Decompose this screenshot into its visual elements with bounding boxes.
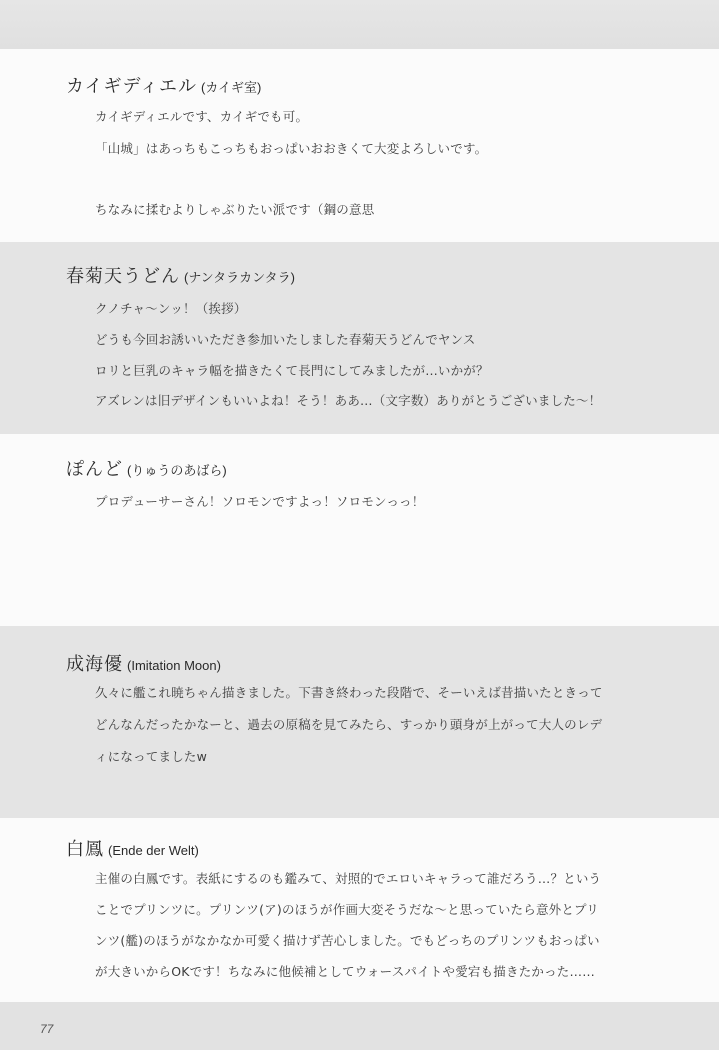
- author-name: 白鳳: [66, 839, 104, 860]
- section-heading: 成海優(Imitation Moon): [66, 650, 221, 676]
- circle-name: (Ende der Welt): [108, 843, 199, 858]
- comment-line: どんなんだったかなーと、過去の原稿を見てみたら、すっかり頭身が上がって大人のレデ: [95, 715, 602, 733]
- comment-line: ことでプリンツに。プリンツ(ア)のほうが作画大変そうだな〜と思っていたら意外とプ…: [95, 900, 599, 918]
- comment-line: 主催の白鳳です。表紙にするのも鑑みて、対照的でエロいキャラって誰だろう…？という: [95, 869, 601, 887]
- circle-name: (ナンタラカンタラ): [184, 270, 295, 285]
- comment-line: 久々に艦これ暁ちゃん描きました。下書き終わった段階で、そーいえば昔描いたときって: [95, 683, 603, 701]
- section-heading: 春菊天うどん(ナンタラカンタラ): [66, 262, 295, 288]
- comment-line: ンツ(艦)のほうがなかなか可愛く描けず苦心しました。でもどっちのプリンツもおっぱ…: [95, 931, 600, 949]
- comment-line: ロリと巨乳のキャラ幅を描きたくて長門にしてみましたが…いかが？: [95, 361, 489, 379]
- author-name: 成海優: [66, 654, 123, 675]
- page-number: 77: [40, 1022, 53, 1036]
- circle-name: (カイギ室): [201, 80, 261, 95]
- comment-line: プロデューサーさん！ソロモンですよっ！ソロモンっっ！: [95, 492, 424, 510]
- author-name: ぽんど: [66, 459, 123, 480]
- comment-line: ィになってましたw: [95, 747, 207, 765]
- comment-line: ちなみに揉むよりしゃぶりたい派です（鋼の意思: [95, 200, 374, 218]
- section-heading: カイギディエル(カイギ室): [66, 72, 261, 98]
- circle-name: (りゅうのあばら): [127, 463, 227, 478]
- bottom-strip: [0, 1002, 719, 1050]
- comment-line: 「山城」はあっちもこっちもおっぱいおおきくて大変よろしいです。: [95, 139, 487, 157]
- section-shungikuten-udon: 春菊天うどん(ナンタラカンタラ) クノチャ〜ンッ！（挨拶） どうも今回お誘いいた…: [0, 242, 719, 434]
- section-heading: ぽんど(りゅうのあばら): [66, 455, 227, 481]
- section-kaigidiel: カイギディエル(カイギ室) カイギディエルです、カイギでも可。 「山城」はあっち…: [0, 49, 719, 242]
- top-strip: [0, 0, 719, 49]
- comment-line: が大きいからOKです！ちなみに他候補としてウォースパイトや愛宕も描きたかった……: [95, 962, 595, 980]
- section-hakuhou: 白鳳(Ende der Welt) 主催の白鳳です。表紙にするのも鑑みて、対照的…: [0, 818, 719, 1002]
- comment-line: カイギディエルです、カイギでも可。: [95, 107, 308, 125]
- comment-line: どうも今回お誘いいただき参加いたしました春菊天うどんでヤンス: [95, 330, 476, 348]
- author-name: 春菊天うどん: [66, 266, 180, 287]
- comment-line: クノチャ〜ンッ！（挨拶）: [95, 299, 247, 317]
- author-name: カイギディエル: [66, 76, 197, 97]
- section-pond: ぽんど(りゅうのあばら) プロデューサーさん！ソロモンですよっ！ソロモンっっ！: [0, 434, 719, 626]
- circle-name: (Imitation Moon): [127, 658, 221, 673]
- section-narumi-yu: 成海優(Imitation Moon) 久々に艦これ暁ちゃん描きました。下書き終…: [0, 626, 719, 818]
- comment-line: アズレンは旧デザインもいいよね！そう！ああ…（文字数）ありがとうございました〜！: [95, 391, 601, 409]
- section-heading: 白鳳(Ende der Welt): [66, 835, 199, 861]
